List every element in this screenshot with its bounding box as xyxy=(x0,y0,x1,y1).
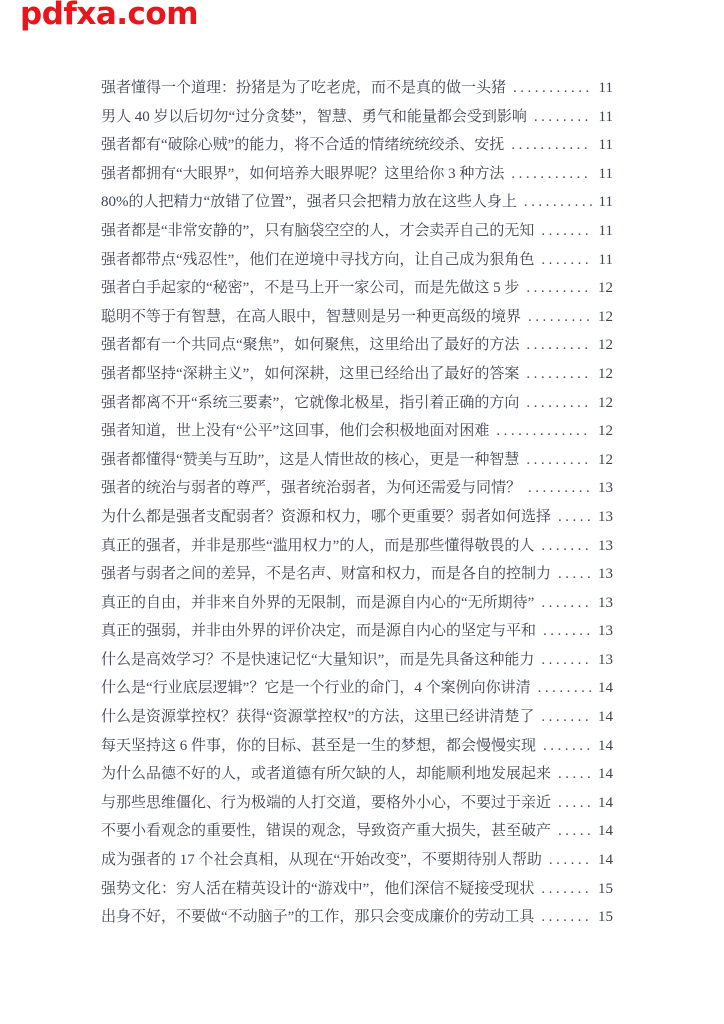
toc-leader-dots: ........................................… xyxy=(528,303,591,332)
toc-entry-page: 12 xyxy=(598,360,613,389)
toc-entry: 强者都坚持“深耕主义”，如何深耕，这里已经给出了最好的答案 ..........… xyxy=(101,360,613,389)
toc-entry-page: 14 xyxy=(598,789,613,818)
toc-entry: 聪明不等于有智慧，在高人眼中，智慧则是另一种更高级的境界 ...........… xyxy=(101,303,613,332)
toc-entry-page: 11 xyxy=(599,74,613,103)
toc-entry-page: 11 xyxy=(599,160,613,189)
toc-entry: 成为强者的 17 个社会真相，从现在“开始改变”，不要期待别人帮助 ......… xyxy=(101,846,613,875)
toc-leader-dots: ........................................… xyxy=(526,446,591,475)
toc-entry: 强者都有“破除心贼”的能力，将不合适的情绪统统绞杀、安抚 ...........… xyxy=(101,131,613,160)
toc-entry: 强者懂得一个道理：扮猪是为了吃老虎，而不是真的做一头猪 ............… xyxy=(101,74,613,103)
toc-entry-title: 强者知道，世上没有“公平”这回事，他们会积极地面对困难 xyxy=(101,417,489,446)
toc-leader-dots: ........................................… xyxy=(558,503,591,532)
toc-entry: 不要小看观念的重要性，错误的观念，导致资产重大损失，甚至破产 .........… xyxy=(101,817,613,846)
toc-entry-page: 12 xyxy=(598,331,613,360)
toc-entry-title: 出身不好，不要做“不动脑子”的工作，那只会变成廉价的劳动工具 xyxy=(101,903,534,932)
toc-entry-page: 13 xyxy=(598,560,613,589)
toc-entry-title: 每天坚持这 6 件事，你的目标、甚至是一生的梦想，都会慢慢实现 xyxy=(101,732,536,761)
toc-leader-dots: ........................................… xyxy=(558,560,591,589)
toc-leader-dots: ........................................… xyxy=(528,474,591,503)
toc-entry: 真正的强者，并非是那些“滥用权力”的人，而是那些懂得敬畏的人 .........… xyxy=(101,532,613,561)
toc-entry-page: 14 xyxy=(598,674,613,703)
toc-entry: 强势文化：穷人活在精英设计的“游戏中”，他们深信不疑接受现状 .........… xyxy=(101,875,613,904)
toc-entry-page: 12 xyxy=(598,446,613,475)
toc-entry: 强者都是“非常安静的”，只有脑袋空空的人，才会卖弄自己的无知 .........… xyxy=(101,217,613,246)
toc-entry-title: 什么是“行业底层逻辑”？它是一个行业的命门，4 个案例向你讲清 xyxy=(101,674,531,703)
toc-entry-title: 强者都带点“残忍性”，他们在逆境中寻找方向，让自己成为狠角色 xyxy=(101,246,534,275)
toc-entry: 与那些思维僵化、行为极端的人打交道，要格外小心，不要过于亲近 .........… xyxy=(101,789,613,818)
toc-entry: 80%的人把精力“放错了位置”，强者只会把精力放在这些人身上 .........… xyxy=(101,188,613,217)
toc-leader-dots: ........................................… xyxy=(543,617,591,646)
toc-entry-title: 什么是高效学习？不是快速记忆“大量知识”，而是先具备这种能力 xyxy=(101,646,534,675)
toc-entry: 强者白手起家的“秘密”，不是马上开一家公司，而是先做这 5 步 ........… xyxy=(101,274,613,303)
toc-entry-title: 什么是资源掌控权？获得“资源掌控权”的方法，这里已经讲清楚了 xyxy=(101,703,534,732)
toc-entry-title: 与那些思维僵化、行为极端的人打交道，要格外小心，不要过于亲近 xyxy=(101,789,551,818)
toc-entry: 什么是高效学习？不是快速记忆“大量知识”，而是先具备这种能力 .........… xyxy=(101,646,613,675)
toc-entry-page: 13 xyxy=(598,617,613,646)
toc-entry-title: 不要小看观念的重要性，错误的观念，导致资产重大损失，甚至破产 xyxy=(101,817,551,846)
toc-entry-page: 11 xyxy=(599,217,613,246)
toc-entry-page: 14 xyxy=(598,703,613,732)
toc-entry: 强者都离不开“系统三要素”，它就像北极星，指引着正确的方向 ..........… xyxy=(101,389,613,418)
toc-entry: 出身不好，不要做“不动脑子”的工作，那只会变成廉价的劳动工具 .........… xyxy=(101,903,613,932)
toc-leader-dots: ........................................… xyxy=(541,903,591,932)
toc-leader-dots: ........................................… xyxy=(558,817,591,846)
toc-leader-dots: ........................................… xyxy=(538,674,591,703)
toc-entry: 真正的自由，并非来自外界的无限制，而是源自内心的“无所期待” .........… xyxy=(101,589,613,618)
toc-entry-page: 11 xyxy=(599,131,613,160)
toc-leader-dots: ........................................… xyxy=(541,246,591,275)
toc-entry: 什么是资源掌控权？获得“资源掌控权”的方法，这里已经讲清楚了 .........… xyxy=(101,703,613,732)
toc-leader-dots: ........................................… xyxy=(541,532,591,561)
toc-leader-dots: ........................................… xyxy=(496,417,591,446)
toc-leader-dots: ........................................… xyxy=(524,188,592,217)
toc-entry-title: 为什么都是强者支配弱者？资源和权力，哪个更重要？弱者如何选择 xyxy=(101,503,551,532)
toc-entry-title: 强者都懂得“赞美与互助”，这是人情世故的核心，更是一种智慧 xyxy=(101,446,519,475)
toc-entry-title: 强者都有“破除心贼”的能力，将不合适的情绪统统绞杀、安抚 xyxy=(101,131,504,160)
pdf-page: pdfxa.com 强者懂得一个道理：扮猪是为了吃老虎，而不是真的做一头猪 ..… xyxy=(0,0,724,1024)
toc-entry-page: 13 xyxy=(598,646,613,675)
toc-entry-title: 真正的强弱，并非由外界的评价决定，而是源自内心的坚定与平和 xyxy=(101,617,536,646)
toc-entry: 强者的统治与弱者的尊严，强者统治弱者，为何还需爱与同情？ ...........… xyxy=(101,474,613,503)
toc-entry: 强者都带点“残忍性”，他们在逆境中寻找方向，让自己成为狠角色 .........… xyxy=(101,246,613,275)
toc-entry-page: 14 xyxy=(598,817,613,846)
toc-entry-title: 真正的强者，并非是那些“滥用权力”的人，而是那些懂得敬畏的人 xyxy=(101,532,534,561)
toc-entry-page: 13 xyxy=(598,503,613,532)
toc-list: 强者懂得一个道理：扮猪是为了吃老虎，而不是真的做一头猪 ............… xyxy=(101,74,613,932)
toc-leader-dots: ........................................… xyxy=(511,160,591,189)
toc-entry-title: 成为强者的 17 个社会真相，从现在“开始改变”，不要期待别人帮助 xyxy=(101,846,542,875)
toc-leader-dots: ........................................… xyxy=(526,331,591,360)
toc-entry-title: 强者白手起家的“秘密”，不是马上开一家公司，而是先做这 5 步 xyxy=(101,274,519,303)
toc-entry-page: 12 xyxy=(598,274,613,303)
toc-entry-title: 男人 40 岁以后切勿“过分贪婪”，智慧、勇气和能量都会受到影响 xyxy=(101,103,527,132)
toc-entry-page: 12 xyxy=(598,389,613,418)
watermark-logo: pdfxa.com xyxy=(20,0,198,31)
toc-leader-dots: ........................................… xyxy=(541,217,591,246)
toc-entry: 强者都懂得“赞美与互助”，这是人情世故的核心，更是一种智慧 ..........… xyxy=(101,446,613,475)
toc-entry-title: 强者的统治与弱者的尊严，强者统治弱者，为何还需爱与同情？ xyxy=(101,474,521,503)
toc-entry-page: 13 xyxy=(598,589,613,618)
toc-entry-page: 14 xyxy=(598,732,613,761)
toc-entry-title: 强势文化：穷人活在精英设计的“游戏中”，他们深信不疑接受现状 xyxy=(101,875,534,904)
toc-entry-page: 13 xyxy=(598,532,613,561)
toc-leader-dots: ........................................… xyxy=(541,875,591,904)
toc-entry: 强者都拥有“大眼界”，如何培养大眼界呢？这里给你 3 种方法 .........… xyxy=(101,160,613,189)
toc-entry-title: 为什么品德不好的人，或者道德有所欠缺的人，却能顺利地发展起来 xyxy=(101,760,551,789)
toc-entry: 男人 40 岁以后切勿“过分贪婪”，智慧、勇气和能量都会受到影响 .......… xyxy=(101,103,613,132)
toc-entry-page: 14 xyxy=(598,846,613,875)
toc-entry: 强者与弱者之间的差异，不是名声、财富和权力，而是各自的控制力 .........… xyxy=(101,560,613,589)
toc-entry-page: 13 xyxy=(598,474,613,503)
toc-entry: 强者都有一个共同点“聚焦”，如何聚焦，这里给出了最好的方法 ..........… xyxy=(101,331,613,360)
toc-leader-dots: ........................................… xyxy=(543,732,591,761)
toc-leader-dots: ........................................… xyxy=(541,703,591,732)
toc-leader-dots: ........................................… xyxy=(511,131,591,160)
toc-leader-dots: ........................................… xyxy=(549,846,591,875)
toc-entry-title: 强者都是“非常安静的”，只有脑袋空空的人，才会卖弄自己的无知 xyxy=(101,217,534,246)
toc-leader-dots: ........................................… xyxy=(526,360,591,389)
toc-entry: 真正的强弱，并非由外界的评价决定，而是源自内心的坚定与平和 ..........… xyxy=(101,617,613,646)
toc-leader-dots: ........................................… xyxy=(526,389,591,418)
toc-leader-dots: ........................................… xyxy=(558,789,591,818)
toc-entry-page: 11 xyxy=(599,188,613,217)
toc-entry-title: 强者都离不开“系统三要素”，它就像北极星，指引着正确的方向 xyxy=(101,389,519,418)
toc-entry-page: 12 xyxy=(598,417,613,446)
toc-entry-title: 真正的自由，并非来自外界的无限制，而是源自内心的“无所期待” xyxy=(101,589,534,618)
toc-entry: 为什么都是强者支配弱者？资源和权力，哪个更重要？弱者如何选择 .........… xyxy=(101,503,613,532)
toc-leader-dots: ........................................… xyxy=(534,103,592,132)
toc-leader-dots: ........................................… xyxy=(513,74,592,103)
toc-entry-title: 强者都有一个共同点“聚焦”，如何聚焦，这里给出了最好的方法 xyxy=(101,331,519,360)
toc-entry-title: 强者懂得一个道理：扮猪是为了吃老虎，而不是真的做一头猪 xyxy=(101,74,506,103)
toc-entry: 每天坚持这 6 件事，你的目标、甚至是一生的梦想，都会慢慢实现 ........… xyxy=(101,732,613,761)
toc-entry-page: 12 xyxy=(598,303,613,332)
toc-entry-title: 80%的人把精力“放错了位置”，强者只会把精力放在这些人身上 xyxy=(101,188,517,217)
toc-entry-title: 强者都坚持“深耕主义”，如何深耕，这里已经给出了最好的答案 xyxy=(101,360,519,389)
toc-entry-page: 14 xyxy=(598,760,613,789)
toc-entry-page: 11 xyxy=(599,246,613,275)
toc-entry-page: 15 xyxy=(598,875,613,904)
toc-leader-dots: ........................................… xyxy=(541,589,591,618)
toc-entry-title: 强者都拥有“大眼界”，如何培养大眼界呢？这里给你 3 种方法 xyxy=(101,160,504,189)
toc-entry-page: 15 xyxy=(598,903,613,932)
toc-leader-dots: ........................................… xyxy=(558,760,591,789)
toc-leader-dots: ........................................… xyxy=(526,274,591,303)
toc-entry-title: 强者与弱者之间的差异，不是名声、财富和权力，而是各自的控制力 xyxy=(101,560,551,589)
toc-leader-dots: ........................................… xyxy=(541,646,591,675)
toc-entry: 什么是“行业底层逻辑”？它是一个行业的命门，4 个案例向你讲清 ........… xyxy=(101,674,613,703)
toc-entry-title: 聪明不等于有智慧，在高人眼中，智慧则是另一种更高级的境界 xyxy=(101,303,521,332)
toc-entry: 为什么品德不好的人，或者道德有所欠缺的人，却能顺利地发展起来 .........… xyxy=(101,760,613,789)
toc-entry-page: 11 xyxy=(599,103,613,132)
toc-entry: 强者知道，世上没有“公平”这回事，他们会积极地面对困难 ............… xyxy=(101,417,613,446)
